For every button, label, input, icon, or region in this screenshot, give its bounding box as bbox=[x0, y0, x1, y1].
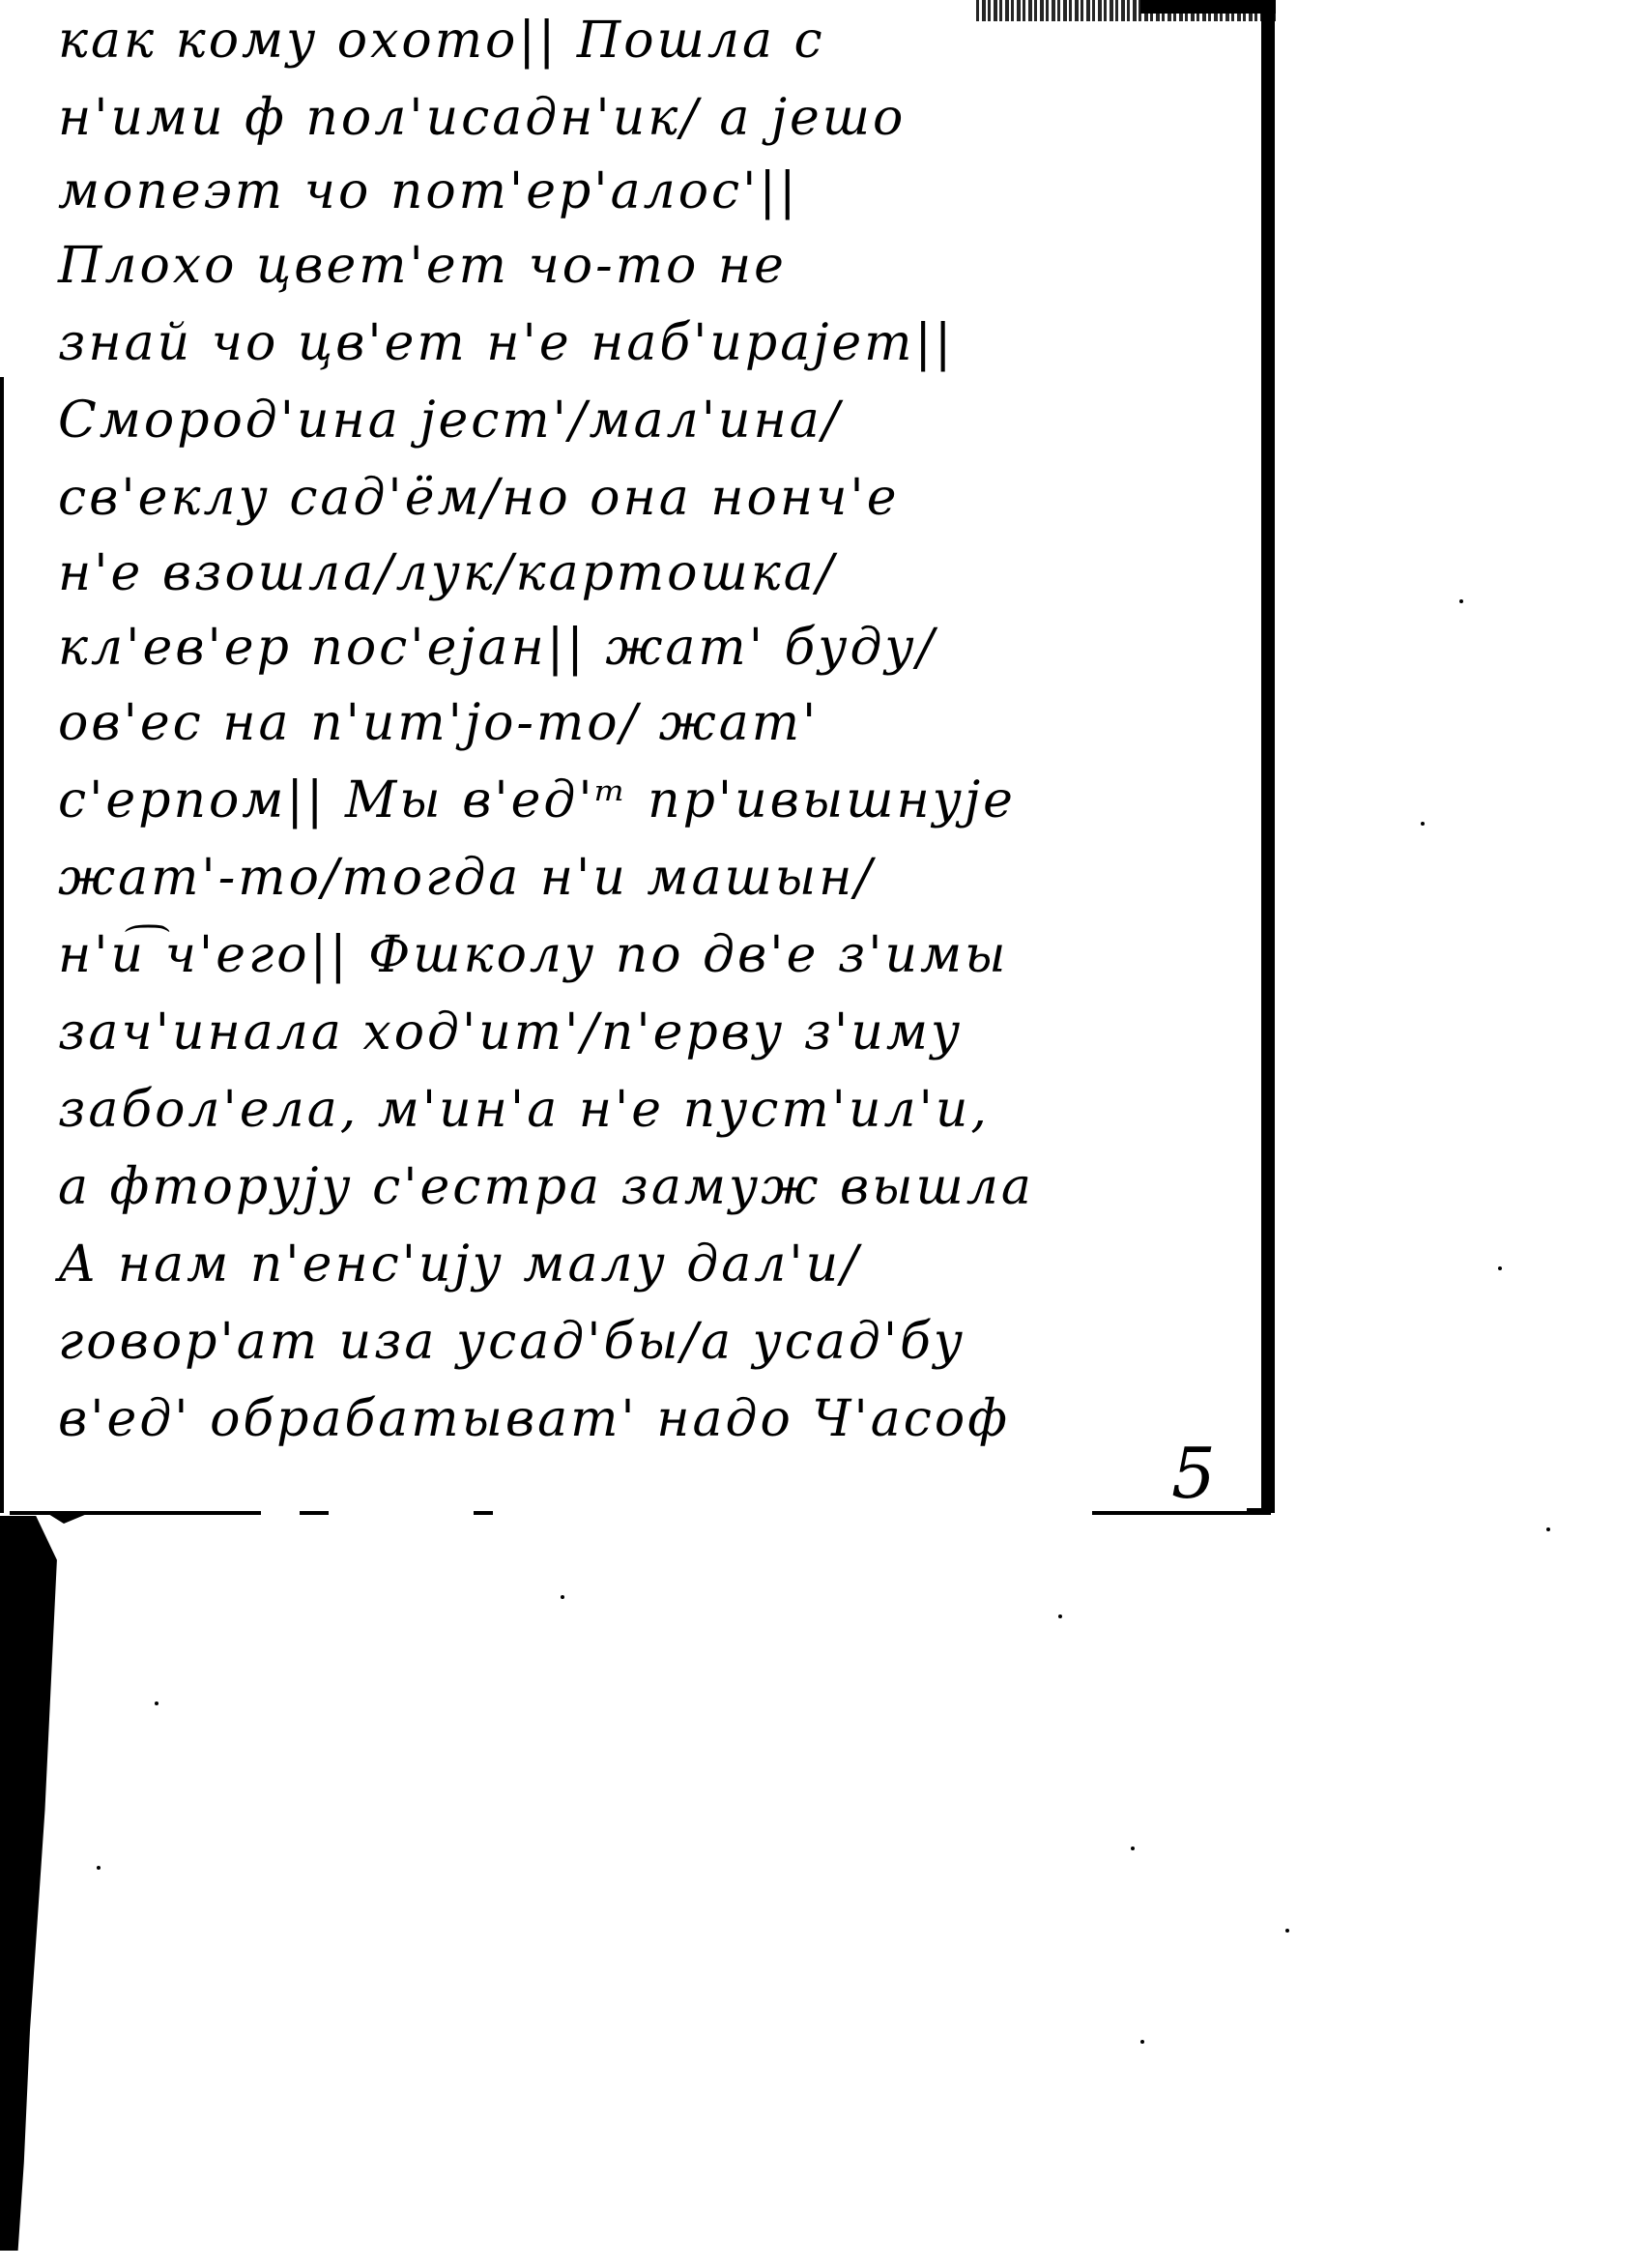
handwritten-line: жат'-то/тогда н'и машын/ bbox=[58, 849, 875, 907]
handwritten-line: Плохо цвет'ет чо-то не bbox=[58, 237, 787, 295]
scan-artifact bbox=[48, 1514, 87, 1524]
scan-speck bbox=[1459, 599, 1463, 603]
handwritten-line: мопеэт чо пот'ер'алос'|| bbox=[58, 162, 798, 220]
handwritten-line: кл'ев'ер пос'ејан|| жат' буду/ bbox=[58, 619, 937, 677]
scanned-page: как кому охото|| Пошла с н'ими ф пол'иса… bbox=[0, 0, 1266, 1516]
scan-speck bbox=[1058, 1614, 1062, 1618]
handwritten-line: св'еклу сад'ём/но она нонч'е bbox=[58, 469, 900, 527]
handwritten-line: н'и͡ ч'его|| Фшколу по дв'е з'имы bbox=[58, 926, 1008, 984]
handwritten-line: н'е взошла/лук/картошка/ bbox=[58, 544, 836, 602]
handwritten-line: зач'инала ход'ит'/п'ерву з'иму bbox=[58, 1003, 963, 1061]
handwritten-line: н'ими ф пол'исадн'ик/ а јешо bbox=[58, 89, 906, 147]
scan-speck bbox=[1140, 2040, 1144, 2044]
handwritten-line: в'ед' обрабатыват' надо Ч'асоф bbox=[58, 1390, 1010, 1448]
handwritten-line: забол'ела, м'ин'а н'е пуст'ил'и, bbox=[58, 1081, 990, 1139]
page-bottom-border bbox=[10, 1511, 1271, 1515]
top-edge-shadow bbox=[1140, 0, 1276, 14]
page-number: 5 bbox=[1171, 1433, 1216, 1514]
page-left-border bbox=[0, 377, 4, 1513]
scan-shadow-bar bbox=[0, 1516, 60, 2251]
page-right-border bbox=[1261, 0, 1275, 1513]
handwritten-line: с'ерпом|| Мы в'ед'ᵐ пр'ивышнује bbox=[58, 771, 1016, 829]
scan-speck bbox=[155, 1701, 159, 1705]
scan-speck bbox=[1285, 1929, 1289, 1933]
handwritten-line: как кому охото|| Пошла с bbox=[58, 12, 825, 70]
scan-speck bbox=[1546, 1527, 1550, 1531]
scan-speck bbox=[1131, 1846, 1135, 1850]
handwritten-line: А нам п'енс'ију малу дал'и/ bbox=[58, 1236, 861, 1294]
scan-speck bbox=[1498, 1266, 1502, 1270]
handwritten-line: ов'ес на п'ит'јо-то/ жат' bbox=[58, 694, 819, 752]
scan-speck bbox=[1421, 822, 1425, 826]
scan-speck bbox=[561, 1595, 564, 1599]
handwritten-line: знай чо цв'ет н'е наб'ирајет|| bbox=[58, 314, 954, 372]
handwritten-line: Смород'ина јест'/мал'ина/ bbox=[58, 392, 842, 450]
handwritten-line: а фторују с'естра замуж вышла bbox=[58, 1158, 1034, 1216]
scan-speck bbox=[97, 1866, 101, 1870]
page-corner bbox=[1247, 1489, 1274, 1514]
handwritten-line: говор'ат иза усад'бы/а усад'бу bbox=[58, 1313, 966, 1371]
